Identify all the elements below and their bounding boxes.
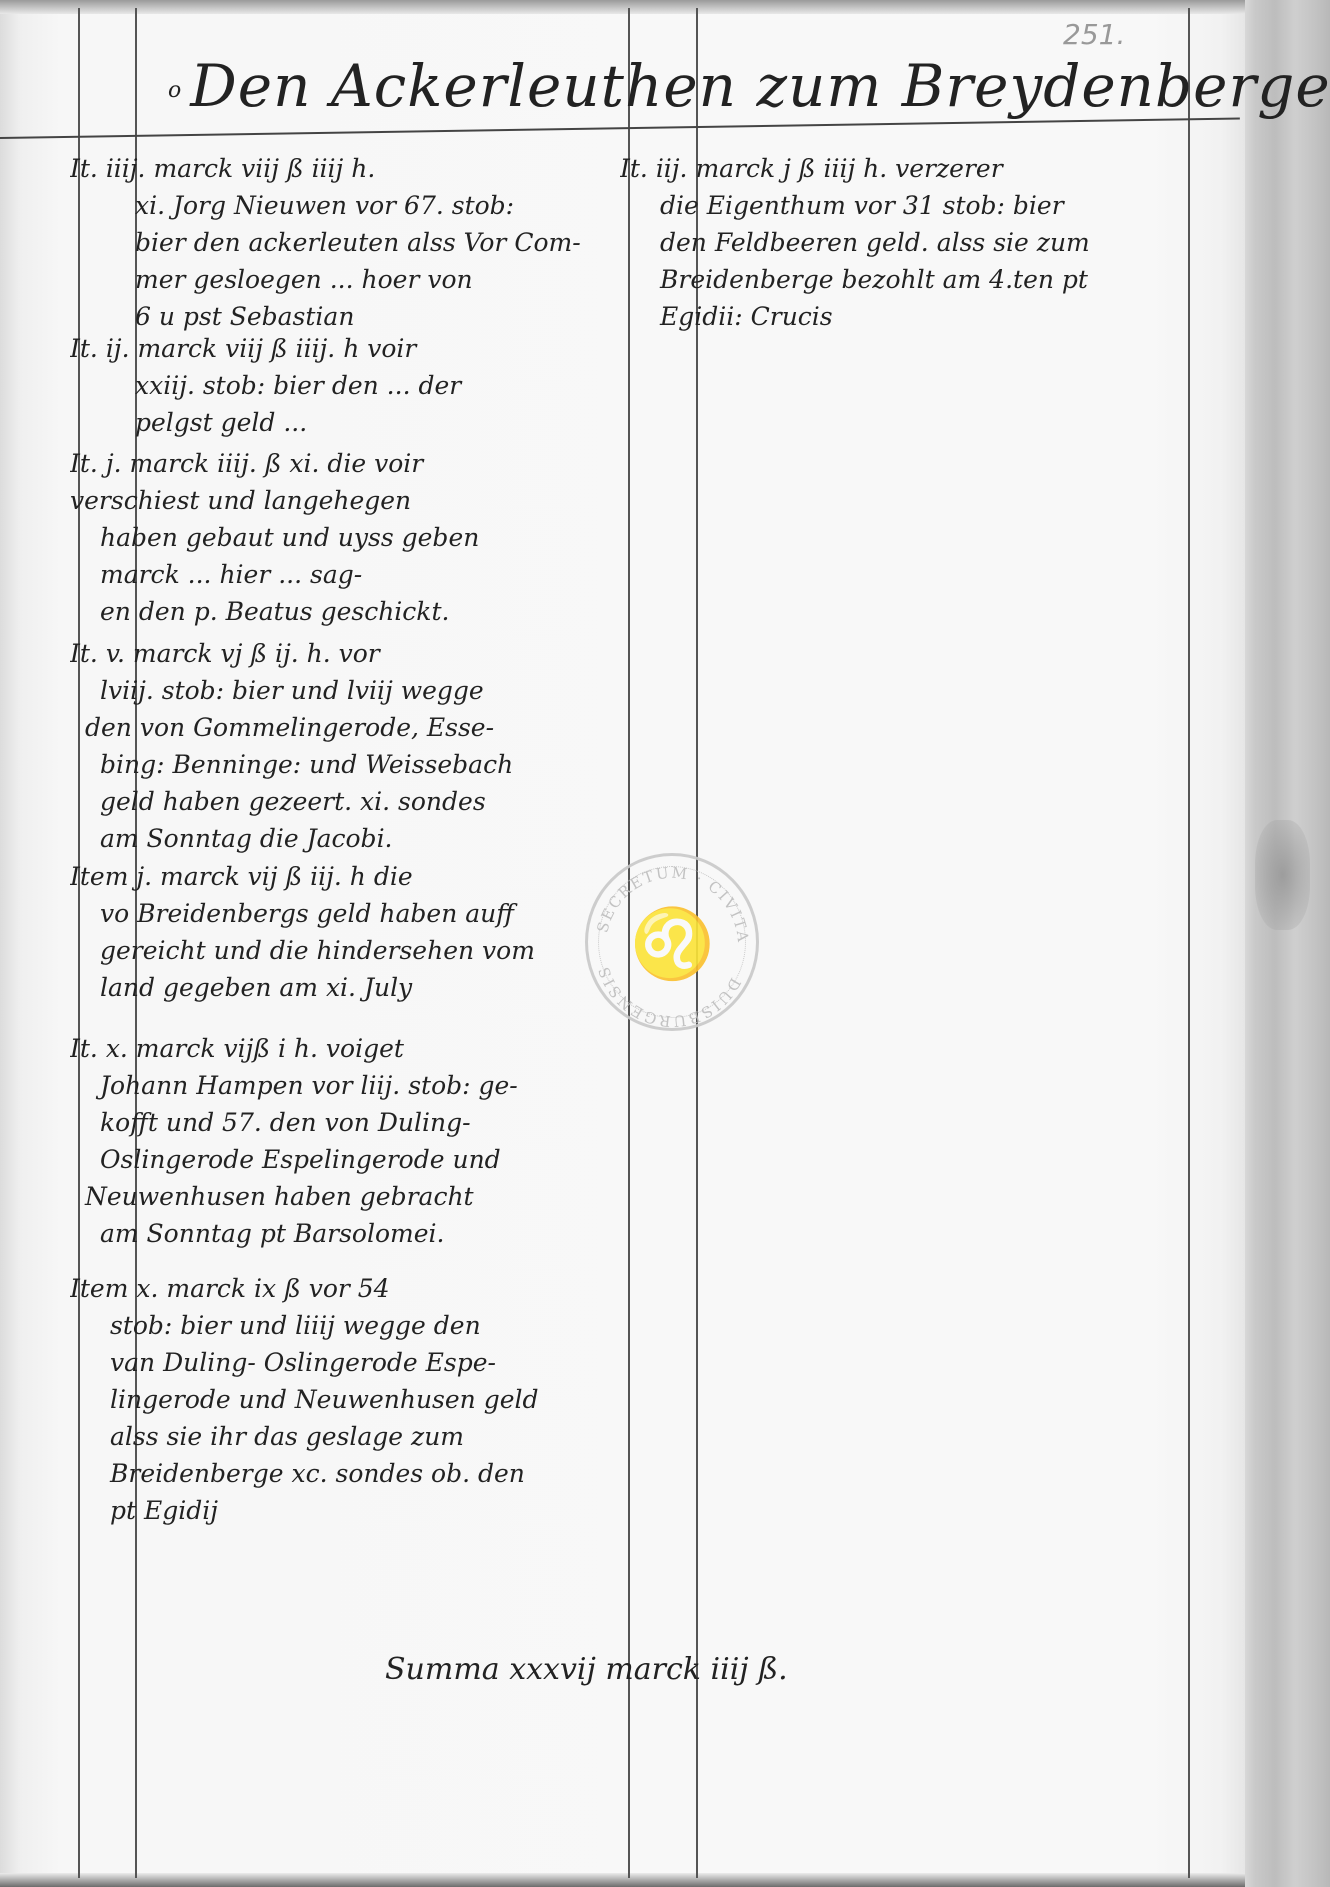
entry-line: verschiest und langehegen	[70, 482, 630, 519]
heading-text: Den Ackerleuthen zum Breydenberge	[190, 52, 1330, 120]
entry-line: Neuwenhusen haben gebracht	[70, 1178, 630, 1215]
folio-number: 251.	[1063, 18, 1125, 51]
ledger-entry: It. x. marck vijß i h. voiget Johann Ham…	[70, 1030, 630, 1252]
entry-line: alss sie ihr das geslage zum	[70, 1418, 630, 1455]
entry-line: am Sonntag die Jacobi.	[70, 820, 630, 857]
entry-line: It. ij. marck viij ß iiij. h voir	[70, 330, 630, 367]
bottom-edge-shadow	[0, 1873, 1245, 1887]
entry-line: geld haben gezeert. xi. sondes	[70, 783, 630, 820]
ledger-entry: It. iij. marck j ß iiij h. verzerer die …	[620, 150, 1190, 335]
lion-emblem-icon: ♌	[630, 904, 715, 984]
entry-line: van Duling- Oslingerode Espe-	[70, 1344, 630, 1381]
total-sum: Summa xxxvij marck iiij ß.	[385, 1652, 788, 1687]
ledger-entry: Item j. marck vij ß iij. h die vo Breide…	[70, 858, 630, 1006]
entry-line: lviij. stob: bier und lviij wegge	[70, 672, 630, 709]
entry-line: It. iij. marck j ß iiij h. verzerer	[620, 150, 1190, 187]
entry-line: Breidenberge xc. sondes ob. den	[70, 1455, 630, 1492]
ledger-entry: It. v. marck vj ß ij. h. vor lviij. stob…	[70, 635, 630, 857]
entry-line: mer gesloegen ... hoer von	[70, 261, 630, 298]
entry-line: Oslingerode Espelingerode und	[70, 1141, 630, 1178]
entry-line: pelgst geld ...	[70, 404, 630, 441]
entry-line: den von Gommelingerode, Esse-	[70, 709, 630, 746]
entry-line: It. j. marck iiij. ß xi. die voir	[70, 445, 630, 482]
ledger-entry: Item x. marck ix ß vor 54 stob: bier und…	[70, 1270, 630, 1529]
ledger-entry: It. j. marck iiij. ß xi. die voir versch…	[70, 445, 630, 630]
entry-line: gereicht und die hindersehen vom	[70, 932, 630, 969]
city-seal-stamp: SECRETUM · CIVITATIS DUISBURGENSIS ♌	[585, 853, 759, 1031]
entry-line: haben gebaut und uyss geben	[70, 519, 630, 556]
entry-line: bier den ackerleuten alss Vor Com-	[70, 224, 630, 261]
entry-line: It. iiij. marck viij ß iiij h.	[70, 150, 630, 187]
top-edge-shadow	[0, 0, 1330, 14]
entry-line: It. v. marck vj ß ij. h. vor	[70, 635, 630, 672]
heading-ornament-left: o	[168, 78, 182, 103]
entry-line: lingerode und Neuwenhusen geld	[70, 1381, 630, 1418]
entry-line: Johann Hampen vor liij. stob: ge-	[70, 1067, 630, 1104]
binding-stain	[1255, 820, 1310, 930]
entry-line: land gegeben am xi. July	[70, 969, 630, 1006]
entry-line: die Eigenthum vor 31 stob: bier	[620, 187, 1190, 224]
ledger-entry: It. ij. marck viij ß iiij. h voir xxiij.…	[70, 330, 630, 441]
entry-line: Egidii: Crucis	[620, 298, 1190, 335]
entry-line: kofft und 57. den von Duling-	[70, 1104, 630, 1141]
entry-line: den Feldbeeren geld. alss sie zum	[620, 224, 1190, 261]
entry-line: stob: bier und liiij wegge den	[70, 1307, 630, 1344]
book-binding-edge	[1245, 0, 1330, 1887]
entry-line: bing: Benninge: und Weissebach	[70, 746, 630, 783]
entry-line: Breidenberge bezohlt am 4.ten pt	[620, 261, 1190, 298]
entry-line: vo Breidenbergs geld haben auff	[70, 895, 630, 932]
entry-line: xi. Jorg Nieuwen vor 67. stob:	[70, 187, 630, 224]
ledger-entry: It. iiij. marck viij ß iiij h. xi. Jorg …	[70, 150, 630, 335]
entry-line: am Sonntag pt Barsolomei.	[70, 1215, 630, 1252]
entry-line: Item x. marck ix ß vor 54	[70, 1270, 630, 1307]
entry-line: pt Egidij	[70, 1492, 630, 1529]
entry-line: Item j. marck vij ß iij. h die	[70, 858, 630, 895]
entry-line: marck ... hier ... sag-	[70, 556, 630, 593]
entry-line: xxiij. stob: bier den ... der	[70, 367, 630, 404]
entry-line: It. x. marck vijß i h. voiget	[70, 1030, 630, 1067]
page-heading: oDen Ackerleuthen zum Breydenbergeo	[160, 52, 1330, 120]
entry-line: en den p. Beatus geschickt.	[70, 593, 630, 630]
